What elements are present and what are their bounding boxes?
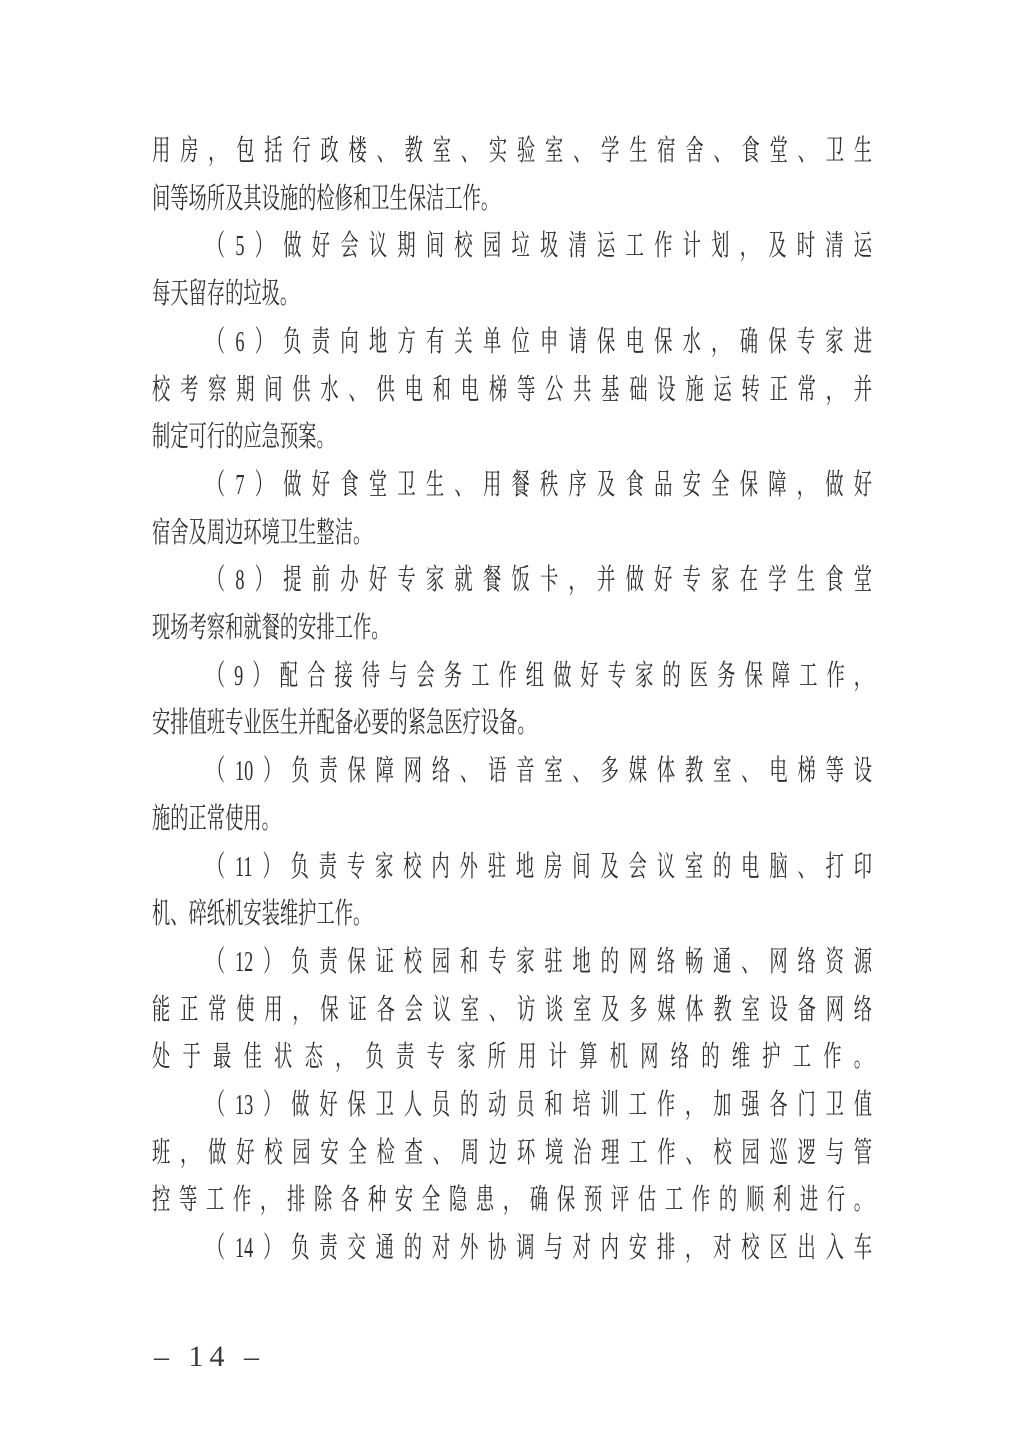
text-line: （11）负责专家校内外驻地房间及会议室的电脑、打印: [152, 844, 872, 892]
paragraph: 用房，包括行政楼、教室、实验室、学生宿舍、食堂、卫生间等场所及其设施的检修和卫生…: [152, 128, 872, 223]
text-line: 机、碎纸机安装维护工作。: [152, 891, 872, 939]
paragraph: （7）做好食堂卫生、用餐秩序及食品安全保障，做好宿舍及周边环境卫生整洁。: [152, 462, 872, 557]
paragraph: （13）做好保卫人员的动员和培训工作，加强各门卫值班，做好校园安全检查、周边环境…: [152, 1082, 872, 1225]
text-line: 制定可行的应急预案。: [152, 414, 872, 462]
text-line: 施的正常使用。: [152, 796, 872, 844]
text-line: 宿舍及周边环境卫生整洁。: [152, 510, 872, 558]
paragraph: （9）配合接待与会务工作组做好专家的医务保障工作，安排值班专业医生并配备必要的紧…: [152, 653, 872, 748]
text-line: （10）负责保障网络、语音室、多媒体教室、电梯等设: [152, 748, 872, 796]
text-line: （6）负责向地方有关单位申请保电保水，确保专家进: [152, 319, 872, 367]
paragraph: （12）负责保证校园和专家驻地的网络畅通、网络资源能正常使用，保证各会议室、访谈…: [152, 939, 872, 1082]
text-line: 用房，包括行政楼、教室、实验室、学生宿舍、食堂、卫生: [152, 128, 872, 176]
text-line: （7）做好食堂卫生、用餐秩序及食品安全保障，做好: [152, 462, 872, 510]
text-line: 处于最佳状态，负责专家所用计算机网络的维护工作。: [152, 1034, 872, 1082]
text-line: （13）做好保卫人员的动员和培训工作，加强各门卫值: [152, 1082, 872, 1130]
paragraph: （8）提前办好专家就餐饭卡，并做好专家在学生食堂现场考察和就餐的安排工作。: [152, 557, 872, 652]
text-line: 控等工作，排除各种安全隐患，确保预评估工作的顺利进行。: [152, 1177, 872, 1225]
text-line: 每天留存的垃圾。: [152, 271, 872, 319]
text-line: （8）提前办好专家就餐饭卡，并做好专家在学生食堂: [152, 557, 872, 605]
text-line: 现场考察和就餐的安排工作。: [152, 605, 872, 653]
paragraph: （5）做好会议期间校园垃圾清运工作计划，及时清运每天留存的垃圾。: [152, 223, 872, 318]
text-line: 间等场所及其设施的检修和卫生保洁工作。: [152, 176, 872, 224]
text-line: 班，做好校园安全检查、周边环境治理工作、校园巡逻与管: [152, 1130, 872, 1178]
text-line: （5）做好会议期间校园垃圾清运工作计划，及时清运: [152, 223, 872, 271]
document-page: 用房，包括行政楼、教室、实验室、学生宿舍、食堂、卫生间等场所及其设施的检修和卫生…: [0, 0, 1024, 1448]
text-line: 能正常使用，保证各会议室、访谈室及多媒体教室设备网络: [152, 987, 872, 1035]
page-number: – 14 –: [154, 1338, 265, 1376]
document-body: 用房，包括行政楼、教室、实验室、学生宿舍、食堂、卫生间等场所及其设施的检修和卫生…: [152, 128, 872, 1273]
text-line: （12）负责保证校园和专家驻地的网络畅通、网络资源: [152, 939, 872, 987]
text-line: （9）配合接待与会务工作组做好专家的医务保障工作，: [152, 653, 872, 701]
paragraph: （11）负责专家校内外驻地房间及会议室的电脑、打印机、碎纸机安装维护工作。: [152, 844, 872, 939]
paragraph: （10）负责保障网络、语音室、多媒体教室、电梯等设施的正常使用。: [152, 748, 872, 843]
text-line: （14）负责交通的对外协调与对内安排，对校区出入车: [152, 1225, 872, 1273]
paragraph: （14）负责交通的对外协调与对内安排，对校区出入车: [152, 1225, 872, 1273]
text-line: 安排值班专业医生并配备必要的紧急医疗设备。: [152, 700, 872, 748]
text-line: 校考察期间供水、供电和电梯等公共基础设施运转正常，并: [152, 367, 872, 415]
paragraph: （6）负责向地方有关单位申请保电保水，确保专家进校考察期间供水、供电和电梯等公共…: [152, 319, 872, 462]
